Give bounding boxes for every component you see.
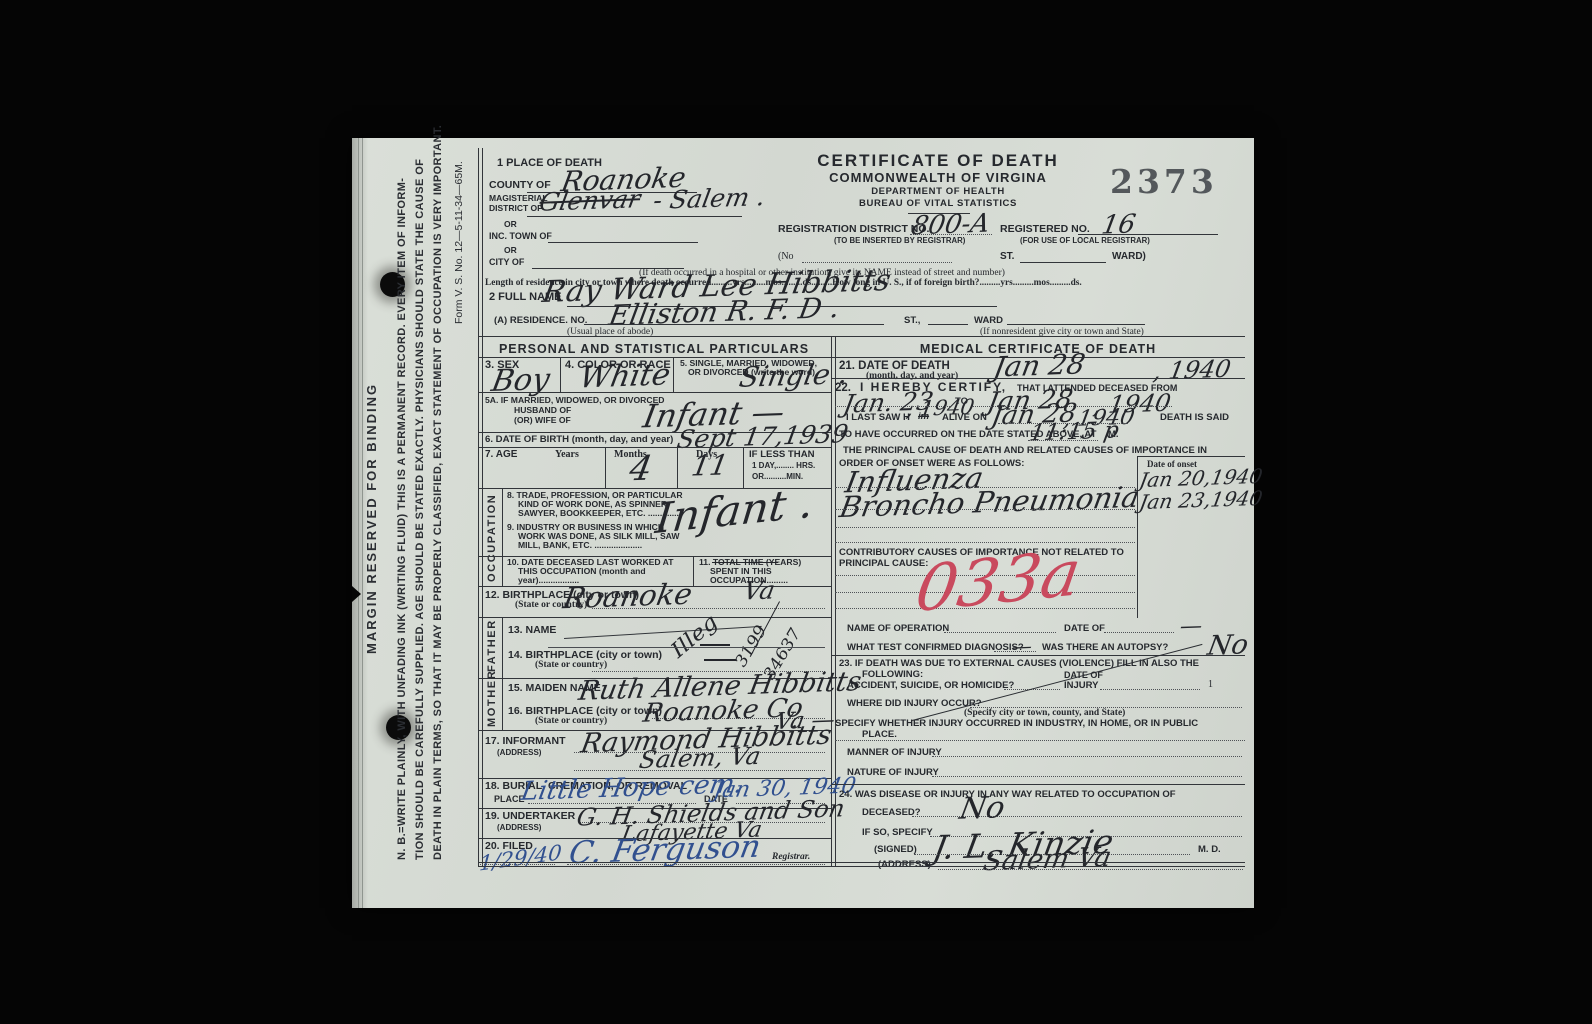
onset-box-border [1137, 456, 1245, 457]
cell-divider [677, 447, 678, 488]
scan-background: MARGIN RESERVED FOR BINDING N. B.=WRITE … [0, 0, 1592, 1024]
if-so-specify-label: IF SO, SPECIFY [862, 828, 933, 838]
rule-line [1007, 324, 1145, 325]
informant-label: 17. INFORMANT [485, 736, 566, 747]
informant-address-value: Salem, Va [637, 744, 762, 772]
bureau-line: BUREAU OF VITAL STATISTICS [859, 199, 1017, 209]
age-months-value: 4 [627, 452, 655, 487]
principal-cause-label-1: THE PRINCIPAL CAUSE OF DEATH AND RELATED… [843, 446, 1207, 456]
external-causes-label-1: 23. IF DEATH WAS DUE TO EXTERNAL CAUSES … [839, 659, 1199, 669]
registered-no-label: REGISTERED NO. [1000, 224, 1090, 235]
occupation-related-label-1: 24. WAS DISEASE OR INJURY IN ANY WAY REL… [839, 790, 1176, 800]
rule-line [527, 216, 742, 217]
nature-of-injury-label: NATURE OF INJURY [847, 768, 939, 778]
mother-side-label: MOTHER [486, 670, 498, 727]
dotted-rule [480, 864, 555, 865]
margin-note-line-1: N. B.=WRITE PLAINLY, WITH UNFADING INK (… [396, 178, 408, 860]
physician-address-value: Salem Va [981, 844, 1113, 875]
margin-note-line-3: DEATH IN PLAIN TERMS, SO THAT IT MAY BE … [432, 125, 444, 860]
specify-whether-label-1: SPECIFY WHETHER INJURY OCCURRED IN INDUS… [835, 719, 1198, 729]
specify-whether-label-2: PLACE. [862, 730, 897, 740]
form-border [478, 148, 479, 866]
onset-date-2: Jan 23,1940 [1138, 488, 1264, 512]
dotted-rule [932, 756, 1242, 757]
occupation-related-value: No [957, 793, 1007, 825]
cell-divider [605, 447, 606, 488]
father-birthplace-sublabel: (State or country) [535, 661, 607, 671]
age-label: 7. AGE [485, 450, 517, 461]
residence-st-label: ST., [904, 316, 920, 326]
cell-divider [560, 357, 561, 392]
dotted-rule [1104, 632, 1174, 633]
certificate-number-stamp: 2373 [1110, 162, 1218, 201]
wife-of-label: (OR) WIFE OF [514, 416, 571, 425]
section-divider [478, 336, 1245, 337]
street-no-label: (No [778, 252, 794, 263]
street-label: ST. [1000, 252, 1014, 263]
cell-divider [673, 357, 674, 392]
registrar-insert-note: (TO BE INSERTED BY REGISTRAR) [834, 237, 965, 245]
dotted-rule [835, 509, 1135, 510]
marital-value: Single . [737, 360, 850, 392]
margin-note-line-2: TION SHOULD BE CAREFULLY SUPPLIED. AGE S… [414, 159, 426, 860]
registration-district-label: REGISTRATION DISTRICT NO. [778, 224, 929, 235]
district-of-label: DISTRICT OF [489, 204, 542, 213]
test-dash: — [1010, 636, 1034, 657]
accident-tail-mark: 1 [1208, 680, 1213, 691]
operation-date-label: DATE OF [1064, 624, 1105, 634]
husband-of-label: HUSBAND OF [514, 406, 571, 415]
magisterial-value-struck: Glenvar [537, 186, 642, 214]
date-of-birth-label: 6. DATE OF BIRTH (month, day, and year) [485, 435, 673, 445]
mother-birthplace-sublabel: (State or country) [535, 717, 607, 727]
rule-line [1020, 262, 1106, 263]
city-of-label: CITY OF [489, 258, 524, 267]
certificate-title: CERTIFICATE OF DEATH [817, 152, 1058, 170]
signed-label: (SIGNED) [874, 845, 917, 855]
married-widowed-label: 5A. IF MARRIED, WIDOWED, OR DIVORCED [485, 396, 665, 405]
hand-dash [704, 659, 736, 661]
cause-of-death-2: Broncho Pneumonia [837, 483, 1141, 522]
operation-dash: — [1178, 616, 1204, 639]
paper-edge-line [358, 138, 359, 908]
contributory-label-2: PRINCIPAL CAUSE: [839, 559, 928, 569]
undertaker-label: 19. UNDERTAKER [485, 811, 575, 822]
form-number: Form V. S. No. 12—5-11-34—65M. [453, 161, 465, 324]
or-label: OR [504, 246, 517, 255]
md-label: M. D. [1198, 845, 1221, 855]
birthplace-state-value: Va [742, 577, 777, 603]
residence-label: (A) RESIDENCE. NO. [494, 316, 587, 326]
autopsy-label: WAS THERE AN AUTOPSY? [1042, 643, 1168, 653]
date-of-death-year: , 1940 [1152, 357, 1233, 384]
age-days-value: 11 [689, 451, 730, 480]
father-side-label: FATHER [486, 619, 498, 672]
section-divider [478, 357, 1245, 358]
dotted-rule [1100, 689, 1200, 690]
death-certificate-document: MARGIN RESERVED FOR BINDING N. B.=WRITE … [352, 138, 1254, 908]
rule-line [548, 647, 825, 648]
years-label: Years [555, 450, 579, 461]
last-saw-label: I LAST SAW H [846, 413, 910, 423]
local-registrar-note: (FOR USE OF LOCAL REGISTRAR) [1020, 237, 1150, 245]
meridiem-label: M. [1108, 430, 1119, 440]
rule-line [584, 324, 884, 325]
dotted-rule [938, 869, 1243, 870]
time-of-death-value: 11:15 p [1028, 419, 1121, 445]
color-race-value: White [577, 360, 672, 393]
dotted-rule [944, 632, 1056, 633]
magisterial-value: - Salem . [651, 184, 767, 213]
rule-line [478, 617, 831, 618]
dotted-rule [1028, 440, 1098, 441]
form-border [478, 866, 1245, 867]
ward-label: WARD) [1112, 252, 1146, 263]
undertaker-address-label: (ADDRESS) [497, 824, 541, 832]
rule-line [831, 378, 1245, 379]
margin-binding-note: MARGIN RESERVED FOR BINDING [364, 383, 379, 654]
father-name-label: 13. NAME [508, 625, 556, 636]
dotted-rule [835, 527, 1135, 528]
form-border [482, 148, 483, 866]
hand-dash [700, 644, 730, 646]
injury-label: INJURY [1064, 681, 1099, 691]
rule-line [1078, 234, 1218, 235]
paper-notch [352, 586, 361, 602]
informant-address-label: (ADDRESS) [497, 749, 541, 757]
form-border [478, 862, 1245, 863]
dotted-rule [932, 776, 1242, 777]
industry-label-3: MILL, BANK, ETC. .................... [518, 541, 642, 550]
inc-town-label: INC. TOWN OF [489, 232, 552, 241]
dotted-rule [592, 608, 825, 609]
rule-line [831, 655, 1245, 656]
external-causes-label-2: FOLLOWING: [862, 670, 923, 680]
group-divider [502, 617, 503, 678]
alive-on-label: ALIVE ON [942, 413, 987, 423]
last-saw-struck-word: im [918, 412, 929, 422]
rule-line [928, 324, 968, 325]
date-of-death-value: Jan 28 [991, 350, 1087, 381]
personal-section-header: PERSONAL AND STATISTICAL PARTICULARS [499, 343, 809, 356]
if-less-than-label-1: IF LESS THAN [749, 450, 815, 460]
or-label: OR [504, 220, 517, 229]
dotted-rule [835, 542, 1135, 543]
operation-label: NAME OF OPERATION [847, 624, 949, 634]
rule-line [831, 784, 1245, 785]
strike-line [712, 562, 778, 563]
registered-no-value: 16 [1100, 211, 1138, 238]
cell-divider [743, 447, 744, 488]
dotted-rule [835, 406, 950, 407]
paper-edge-line [362, 138, 363, 908]
if-less-than-label-2: 1 DAY,........ HRS. [752, 462, 815, 470]
to-label: TO [955, 397, 968, 407]
cause-code-annotation: 033a [912, 542, 1085, 622]
death-said-label: DEATH IS SAID [1160, 413, 1229, 423]
department-line: DEPARTMENT OF HEALTH [871, 187, 1005, 197]
group-divider [502, 678, 503, 730]
dotted-rule [835, 740, 1245, 741]
group-divider [502, 488, 503, 586]
manner-of-injury-label: MANNER OF INJURY [847, 748, 942, 758]
dotted-rule [567, 864, 825, 865]
rule-line [548, 242, 698, 243]
father-name-annotation: Illeg [668, 612, 722, 662]
strike-line [564, 626, 762, 639]
occupation-side-label: OCCUPATION [486, 494, 498, 582]
commonwealth-subtitle: COMMONWEALTH OF VIRGINA [829, 171, 1047, 185]
residence-ward-label: WARD [974, 316, 1003, 326]
accident-label: ACCIDENT, SUICIDE, OR HOMICIDE? [847, 681, 1014, 691]
